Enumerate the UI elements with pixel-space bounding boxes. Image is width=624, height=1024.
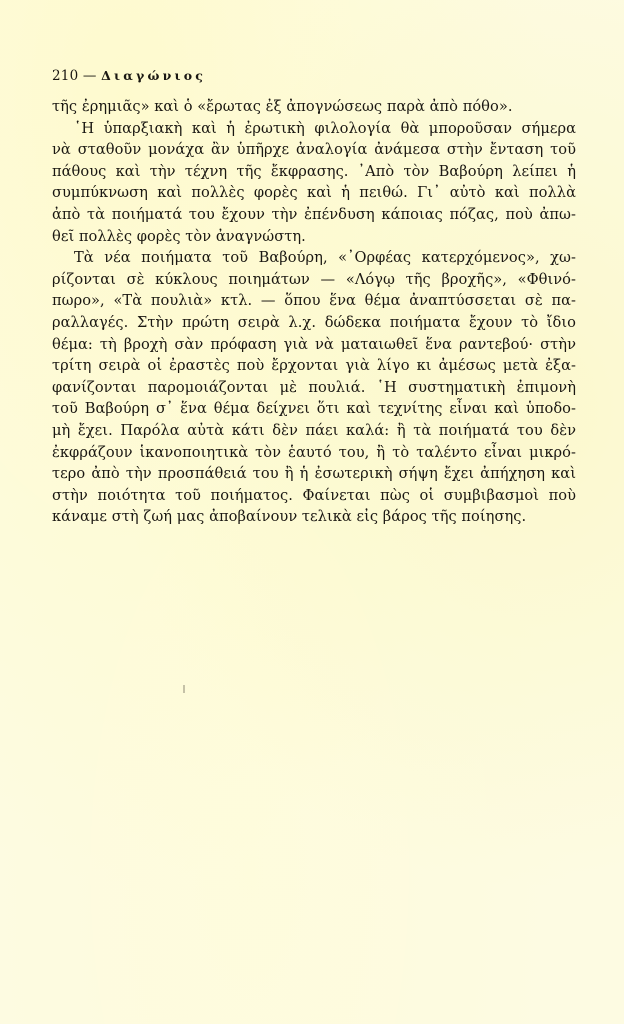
book-page: 210 — Διαγώνιος τῆς ἐρημιᾶς» καὶ ὁ «ἔρωτ… bbox=[0, 0, 624, 1024]
text-line: πάθους καὶ τὴν τέχνη τῆς ἔκφρασης. ᾿Απὸ … bbox=[52, 161, 576, 183]
text-line: μὴ ἔχει. Παρόλα αὐτὰ κάτι δὲν πάει καλά:… bbox=[52, 420, 576, 442]
paper-speck bbox=[183, 685, 185, 693]
text-line: θεῖ πολλὲς φορὲς τὸν ἀναγνώστη. bbox=[52, 226, 576, 248]
text-line: τερο ἀπὸ τὴν προσπάθειά του ἢ ἡ ἐσωτερικ… bbox=[52, 463, 576, 485]
body-text: τῆς ἐρημιᾶς» καὶ ὁ «ἔρωτας ἐξ ἀπογνώσεως… bbox=[52, 96, 576, 528]
text-line: πωρο», «Τὰ πουλιὰ» κτλ. — ὅπου ἕνα θέμα … bbox=[52, 290, 576, 312]
text-line: ῾Η ὑπαρξιακὴ καὶ ἡ ἐρωτικὴ φιλολογία θὰ … bbox=[52, 118, 576, 140]
text-line: κάναμε στὴ ζωή μας ἀποβαίνουν τελικὰ εἰς… bbox=[52, 506, 576, 528]
text-line: θέμα: τὴ βροχὴ σὰν πρόφαση γιὰ νὰ ματαιω… bbox=[52, 334, 576, 356]
text-line: ἐκφράζουν ἱκανοποιητικὰ τὸν ἑαυτό του, ἢ… bbox=[52, 442, 576, 464]
text-line: τῆς ἐρημιᾶς» καὶ ὁ «ἔρωτας ἐξ ἀπογνώσεως… bbox=[52, 96, 576, 118]
page-number: 210 bbox=[52, 68, 78, 84]
text-line: Τὰ νέα ποιήματα τοῦ Βαβούρη, «᾿Ορφέας κα… bbox=[52, 247, 576, 269]
running-head: 210 — Διαγώνιος bbox=[52, 68, 206, 84]
text-line: ρίζονται σὲ κύκλους ποιημάτων — «Λόγῳ τῆ… bbox=[52, 269, 576, 291]
text-line: νὰ σταθοῦν μονάχα ἂν ὑπῆρχε ἀναλογία ἀνά… bbox=[52, 139, 576, 161]
text-line: τοῦ Βαβούρη σ᾿ ἕνα θέμα δείχνει ὅτι καὶ … bbox=[52, 398, 576, 420]
running-head-separator: — bbox=[78, 68, 101, 84]
text-line: ἀπὸ τὰ ποιήματά του ἔχουν τὴν ἐπένδυση κ… bbox=[52, 204, 576, 226]
text-line: συμπύκνωση καὶ πολλὲς φορὲς καὶ ἡ πειθώ.… bbox=[52, 182, 576, 204]
text-line: φανίζονται παρομοιάζονται μὲ πουλιά. ῾Η … bbox=[52, 377, 576, 399]
text-line: τρίτη σειρὰ οἱ ἐραστὲς ποὺ ἔρχονται γιὰ … bbox=[52, 355, 576, 377]
text-line: στὴν ποιότητα τοῦ ποιήματος. Φαίνεται πὼ… bbox=[52, 485, 576, 507]
journal-title: Διαγώνιος bbox=[101, 68, 206, 83]
text-line: ραλλαγές. Στὴν πρώτη σειρὰ λ.χ. δώδεκα π… bbox=[52, 312, 576, 334]
